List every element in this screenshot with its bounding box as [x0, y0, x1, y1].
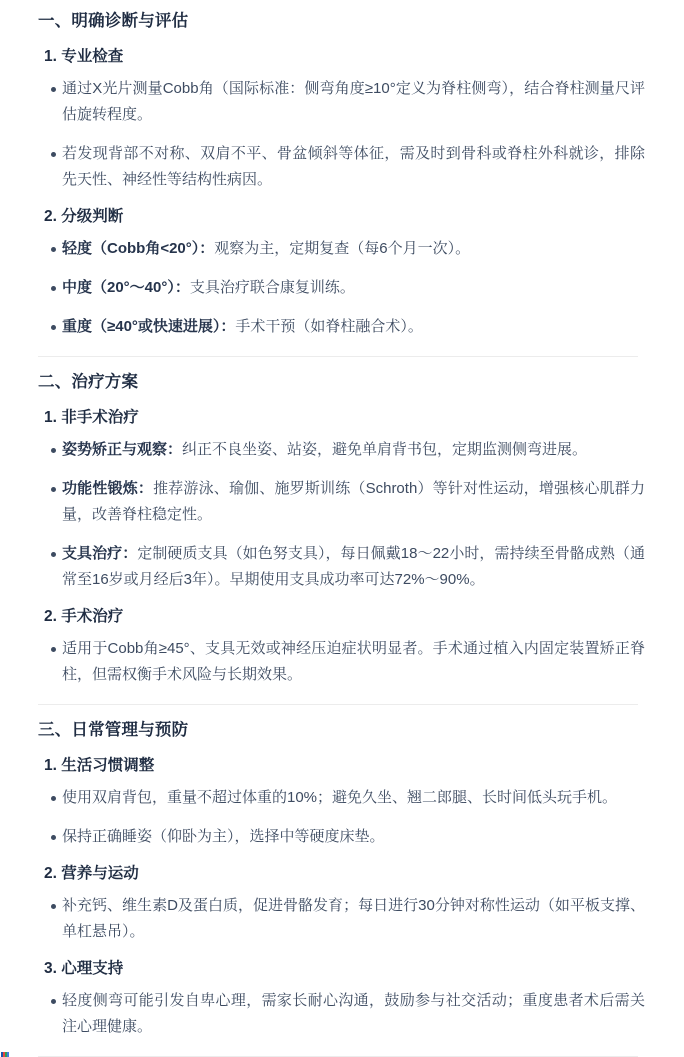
bullet-text: 支具治疗联合康复训练。 — [190, 279, 355, 296]
subheading: 1. 生活习惯调整 — [44, 755, 645, 777]
bullet-item: 姿势矫正与观察：纠正不良坐姿、站姿，避免单肩背书包，定期监测侧弯进展。 — [62, 437, 645, 463]
subheading: 1. 非手术治疗 — [44, 407, 645, 429]
bullet-text: 通过X光片测量Cobb角（国际标准：侧弯角度≥10°定义为脊柱侧弯），结合脊柱测… — [62, 80, 645, 123]
bullet-bold-label: 中度（20°～40°）： — [62, 279, 190, 296]
subheading: 2. 分级判断 — [44, 206, 645, 228]
subheading: 3. 心理支持 — [44, 958, 645, 980]
bullet-text: 轻度侧弯可能引发自卑心理，需家长耐心沟通，鼓励参与社交活动；重度患者术后需关注心… — [62, 992, 645, 1035]
bullet-list: 姿势矫正与观察：纠正不良坐姿、站姿，避免单肩背书包，定期监测侧弯进展。功能性锻炼… — [38, 437, 645, 593]
bullet-item: 功能性锻炼：推荐游泳、瑜伽、施罗斯训练（Schroth）等针对性运动，增强核心肌… — [62, 476, 645, 528]
bullet-item: 使用双肩背包，重量不超过体重的10%；避免久坐、翘二郎腿、长时间低头玩手机。 — [62, 785, 645, 811]
bullet-text: 手术干预（如脊柱融合术）。 — [235, 318, 423, 335]
bullet-bold-label: 姿势矫正与观察： — [62, 441, 182, 458]
bullet-list: 使用双肩背包，重量不超过体重的10%；避免久坐、翘二郎腿、长时间低头玩手机。保持… — [38, 785, 645, 850]
bullet-item: 保持正确睡姿（仰卧为主），选择中等硬度床垫。 — [62, 824, 645, 850]
bullet-text: 适用于Cobb角≥45°、支具无效或神经压迫症状明显者。手术通过植入内固定装置矫… — [62, 640, 645, 683]
clipped-favicon-icon — [1, 1052, 9, 1057]
clipped-favicon-color-cell — [7, 1052, 9, 1057]
bullet-item: 适用于Cobb角≥45°、支具无效或神经压迫症状明显者。手术通过植入内固定装置矫… — [62, 636, 645, 688]
bullet-item: 通过X光片测量Cobb角（国际标准：侧弯角度≥10°定义为脊柱侧弯），结合脊柱测… — [62, 76, 645, 128]
section-divider — [38, 704, 638, 705]
bullet-text: 保持正确睡姿（仰卧为主），选择中等硬度床垫。 — [62, 828, 385, 845]
bullet-item: 轻度（Cobb角<20°）：观察为主，定期复查（每6个月一次）。 — [62, 236, 645, 262]
bullet-item: 支具治疗：定制硬质支具（如色努支具），每日佩戴18～22小时，需持续至骨骼成熟（… — [62, 541, 645, 593]
bullet-list: 轻度（Cobb角<20°）：观察为主，定期复查（每6个月一次）。中度（20°～4… — [38, 236, 645, 340]
bullet-text: 补充钙、维生素D及蛋白质，促进骨骼发育；每日进行30分钟对称性运动（如平板支撑、… — [62, 897, 645, 940]
bullet-item: 若发现背部不对称、双肩不平、骨盆倾斜等体征，需及时到骨科或脊柱外科就诊，排除先天… — [62, 141, 645, 193]
bullet-text: 定制硬质支具（如色努支具），每日佩戴18～22小时，需持续至骨骼成熟（通常至16… — [62, 545, 645, 588]
bullet-list: 轻度侧弯可能引发自卑心理，需家长耐心沟通，鼓励参与社交活动；重度患者术后需关注心… — [38, 988, 645, 1040]
bullet-text: 使用双肩背包，重量不超过体重的10%；避免久坐、翘二郎腿、长时间低头玩手机。 — [62, 789, 617, 806]
bullet-item: 中度（20°～40°）：支具治疗联合康复训练。 — [62, 275, 645, 301]
bullet-item: 补充钙、维生素D及蛋白质，促进骨骼发育；每日进行30分钟对称性运动（如平板支撑、… — [62, 893, 645, 945]
bullet-item: 重度（≥40°或快速进展）：手术干预（如脊柱融合术）。 — [62, 314, 645, 340]
subheading: 1. 专业检查 — [44, 46, 645, 68]
bullet-bold-label: 轻度（Cobb角<20°）： — [62, 240, 214, 257]
section-divider — [38, 356, 638, 357]
bullet-text: 观察为主，定期复查（每6个月一次）。 — [214, 240, 470, 257]
subheading: 2. 营养与运动 — [44, 863, 645, 885]
bullet-list: 通过X光片测量Cobb角（国际标准：侧弯角度≥10°定义为脊柱侧弯），结合脊柱测… — [38, 76, 645, 193]
section-title: 二、治疗方案 — [38, 370, 645, 394]
section-title: 一、明确诊断与评估 — [38, 9, 645, 33]
bullet-text: 纠正不良坐姿、站姿，避免单肩背书包，定期监测侧弯进展。 — [182, 441, 587, 458]
bullet-list: 适用于Cobb角≥45°、支具无效或神经压迫症状明显者。手术通过植入内固定装置矫… — [38, 636, 645, 688]
subheading: 2. 手术治疗 — [44, 606, 645, 628]
section-title: 三、日常管理与预防 — [38, 718, 645, 742]
bullet-bold-label: 支具治疗： — [62, 545, 137, 562]
bullet-item: 轻度侧弯可能引发自卑心理，需家长耐心沟通，鼓励参与社交活动；重度患者术后需关注心… — [62, 988, 645, 1040]
document-body: 一、明确诊断与评估1. 专业检查通过X光片测量Cobb角（国际标准：侧弯角度≥1… — [0, 0, 684, 1057]
bullet-list: 补充钙、维生素D及蛋白质，促进骨骼发育；每日进行30分钟对称性运动（如平板支撑、… — [38, 893, 645, 945]
bullet-text: 若发现背部不对称、双肩不平、骨盆倾斜等体征，需及时到骨科或脊柱外科就诊，排除先天… — [62, 145, 645, 188]
page: 一、明确诊断与评估1. 专业检查通过X光片测量Cobb角（国际标准：侧弯角度≥1… — [0, 0, 684, 1057]
bullet-bold-label: 功能性锻炼： — [62, 480, 153, 497]
bullet-bold-label: 重度（≥40°或快速进展）： — [62, 318, 235, 335]
